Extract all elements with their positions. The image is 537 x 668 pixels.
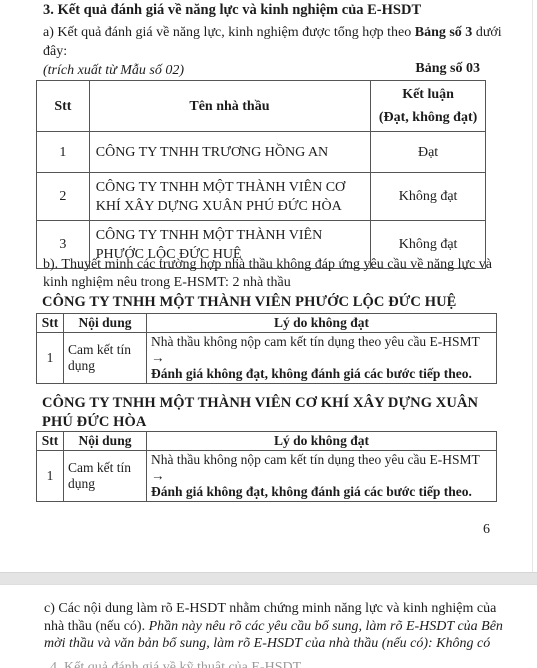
document-page-2: c) Các nội dung làm rõ E-HSDT nhằm chứng… [0, 592, 537, 668]
cell-content: Cam kết tín dụng [64, 451, 147, 502]
header-name: Tên nhà thầu [89, 81, 370, 132]
paragraph-a-text: a) Kết quả đánh giá về năng lực, kinh ng… [43, 25, 415, 40]
header-stt: Stt [37, 314, 64, 333]
table-row: 1 CÔNG TY TNHH TRƯƠNG HỒNG AN Đạt [37, 132, 486, 173]
cell-stt: 1 [37, 132, 90, 173]
cell-stt: 2 [37, 173, 90, 221]
paragraph-c: c) Các nội dung làm rõ E-HSDT nhằm chứng… [44, 600, 514, 653]
table-row: 1 Cam kết tín dụng Nhà thầu không nộp ca… [37, 333, 497, 384]
cell-reason: Nhà thầu không nộp cam kết tín dụng theo… [147, 333, 497, 384]
table-header-row: Stt Nội dung Lý do không đạt [37, 314, 497, 333]
company-heading: CÔNG TY TNHH MỘT THÀNH VIÊN PHƯỚC LỘC ĐỨ… [42, 293, 502, 312]
header-result: Kết luận (Đạt, không đạt) [371, 81, 486, 132]
cell-stt: 1 [37, 333, 64, 384]
table-row: 1 Cam kết tín dụng Nhà thầu không nộp ca… [37, 451, 497, 502]
cell-result: Đạt [371, 132, 486, 173]
page-number: 6 [483, 522, 490, 538]
cut-off-heading: 4. Kết quả đánh giá về kỹ thuật của E-HS… [50, 661, 301, 668]
reason-conclusion: Đánh giá không đạt, không đánh giá các b… [151, 484, 472, 499]
reason-conclusion: Đánh giá không đạt, không đánh giá các b… [151, 366, 472, 381]
paragraph-a-bold: Bảng số 3 [415, 25, 473, 40]
reason-text: Nhà thầu không nộp cam kết tín dụng theo… [151, 452, 480, 483]
section-heading: 3. Kết quả đánh giá về năng lực và kinh … [43, 2, 421, 19]
cell-result: Không đạt [371, 173, 486, 221]
page-edge [532, 0, 533, 572]
header-reason: Lý do không đạt [147, 432, 497, 451]
header-stt: Stt [37, 432, 64, 451]
header-stt: Stt [37, 81, 90, 132]
cell-content: Cam kết tín dụng [64, 333, 147, 384]
cell-stt: 1 [37, 451, 64, 502]
header-result-line1: Kết luận [402, 87, 454, 102]
reason-text: Nhà thầu không nộp cam kết tín dụng theo… [151, 334, 480, 365]
table-header-row: Stt Tên nhà thầu Kết luận (Đạt, không đạ… [37, 81, 486, 132]
cell-name: CÔNG TY TNHH TRƯƠNG HỒNG AN [89, 132, 370, 173]
contractor-results-table: Stt Tên nhà thầu Kết luận (Đạt, không đạ… [36, 80, 486, 269]
failure-reason-table: Stt Nội dung Lý do không đạt 1 Cam kết t… [36, 431, 497, 502]
header-content: Nội dung [64, 314, 147, 333]
header-content: Nội dung [64, 432, 147, 451]
table-label: Bảng số 03 [415, 61, 480, 77]
table-row: 2 CÔNG TY TNHH MỘT THÀNH VIÊN CƠ KHÍ XÂY… [37, 173, 486, 221]
document-page-1: 3. Kết quả đánh giá về năng lực và kinh … [0, 0, 537, 572]
header-reason: Lý do không đạt [147, 314, 497, 333]
table-header-row: Stt Nội dung Lý do không đạt [37, 432, 497, 451]
failure-reason-table: Stt Nội dung Lý do không đạt 1 Cam kết t… [36, 313, 497, 384]
paragraph-b: b). Thuyết minh các trường hợp nhà thầu … [43, 256, 513, 292]
cell-reason: Nhà thầu không nộp cam kết tín dụng theo… [147, 451, 497, 502]
paragraph-a-note: (trích xuất từ Mẫu số 02) [43, 63, 184, 78]
cell-name: CÔNG TY TNHH MỘT THÀNH VIÊN CƠ KHÍ XÂY D… [89, 173, 370, 221]
page-separator [0, 572, 537, 585]
header-result-line2: (Đạt, không đạt) [379, 110, 477, 125]
company-heading: CÔNG TY TNHH MỘT THÀNH VIÊN CƠ KHÍ XÂY D… [42, 394, 502, 432]
